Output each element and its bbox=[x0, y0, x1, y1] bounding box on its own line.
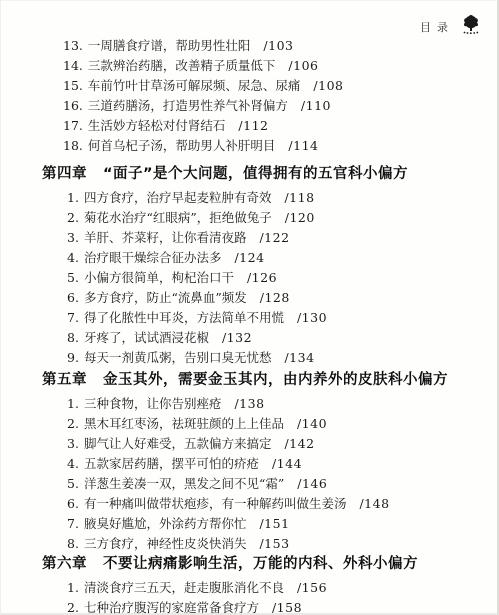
entry-title: 七种治疗腹泻的家庭常备食疗方 bbox=[84, 600, 259, 615]
toc-entry: 5.小偏方很简单，枸杞治口干/126 bbox=[0, 268, 499, 288]
entry-number: 2. bbox=[67, 210, 79, 225]
entry-title: 黑木耳红枣汤，祛斑驻颜的上上佳品 bbox=[84, 416, 284, 431]
chapter-heading: 第四章“面子”是个大问题，值得拥有的五官科小偏方 bbox=[0, 164, 499, 184]
toc-section: 13.一周膳食疗谱，帮助男性壮阳/10314.三款辨治药膳，改善精子质量低下/1… bbox=[0, 36, 499, 156]
entry-page-number: /134 bbox=[284, 350, 314, 365]
entry-page-number: /108 bbox=[313, 78, 343, 93]
toc-entry: 8.三方食疗，神经性皮炎快消失/153 bbox=[0, 534, 499, 554]
entry-number: 2. bbox=[67, 416, 79, 431]
toc-entry: 7.腋臭好尴尬，外涂药方帮你忙/151 bbox=[0, 514, 499, 534]
toc-entry: 6.多方食疗，防止“流鼻血”频发/128 bbox=[0, 288, 499, 308]
entry-title: 三道药膳汤，打造男性养气补肾偏方 bbox=[88, 98, 288, 113]
entry-title: 车前竹叶甘草汤可解尿频、尿急、尿痛 bbox=[88, 78, 301, 93]
entry-page-number: /106 bbox=[288, 58, 318, 73]
toc-list: 1.三种食物，让你告别痤疮/1382.黑木耳红枣汤，祛斑驻颜的上上佳品/1403… bbox=[0, 394, 499, 554]
toc-section: 第四章“面子”是个大问题，值得拥有的五官科小偏方1.四方食疗，治疗早起麦粒肿有奇… bbox=[0, 164, 499, 368]
table-of-contents: 13.一周膳食疗谱，帮助男性壮阳/10314.三款辨治药膳，改善精子质量低下/1… bbox=[0, 0, 499, 615]
entry-number: 14. bbox=[63, 58, 83, 73]
entry-page-number: /158 bbox=[272, 600, 302, 615]
toc-entry: 1.三种食物，让你告别痤疮/138 bbox=[0, 394, 499, 414]
entry-number: 3. bbox=[67, 230, 79, 245]
toc-entry: 1.清淡食疗三五天，赶走腹胀消化不良/156 bbox=[0, 578, 499, 598]
toc-entry: 14.三款辨治药膳，改善精子质量低下/106 bbox=[0, 56, 499, 76]
entry-number: 1. bbox=[67, 580, 79, 595]
book-page: 目录 13.一周膳食疗谱，帮助男性壮阳/ bbox=[0, 0, 499, 615]
toc-list: 13.一周膳食疗谱，帮助男性壮阳/10314.三款辨治药膳，改善精子质量低下/1… bbox=[0, 36, 499, 156]
entry-page-number: /126 bbox=[247, 270, 277, 285]
entry-page-number: /103 bbox=[263, 38, 293, 53]
entry-title: 何首乌杞子汤，帮助男人补肝明目 bbox=[88, 138, 276, 153]
toc-entry: 2.菊花水治疗“红眼病”，拒绝做兔子/120 bbox=[0, 208, 499, 228]
entry-number: 7. bbox=[67, 516, 79, 531]
entry-page-number: /118 bbox=[284, 190, 314, 205]
entry-title: 四方食疗，治疗早起麦粒肿有奇效 bbox=[84, 190, 272, 205]
entry-title: 牙疼了，试试酒浸花椒 bbox=[84, 330, 209, 345]
entry-number: 6. bbox=[67, 290, 79, 305]
entry-page-number: /156 bbox=[297, 580, 327, 595]
entry-page-number: /151 bbox=[259, 516, 289, 531]
chapter-title: “面子”是个大问题，值得拥有的五官科小偏方 bbox=[103, 166, 408, 182]
entry-number: 6. bbox=[67, 496, 79, 511]
entry-page-number: /120 bbox=[285, 210, 315, 225]
entry-number: 9. bbox=[67, 350, 79, 365]
entry-number: 7. bbox=[67, 310, 79, 325]
entry-page-number: /112 bbox=[238, 118, 268, 133]
entry-page-number: /146 bbox=[297, 476, 327, 491]
entry-number: 1. bbox=[67, 190, 79, 205]
toc-entry: 3.脚气让人好难受，五款偏方来搞定/142 bbox=[0, 434, 499, 454]
entry-title: 菊花水治疗“红眼病”，拒绝做兔子 bbox=[84, 210, 272, 225]
toc-entry: 2.黑木耳红枣汤，祛斑驻颜的上上佳品/140 bbox=[0, 414, 499, 434]
entry-title: 有一种痛叫做带状疱疹，有一种解药叫做生姜汤 bbox=[84, 496, 347, 511]
entry-title: 治疗眼干燥综合征办法多 bbox=[84, 250, 222, 265]
entry-page-number: /114 bbox=[288, 138, 318, 153]
toc-entry: 2.七种治疗腹泻的家庭常备食疗方/158 bbox=[0, 598, 499, 615]
entry-number: 17. bbox=[63, 118, 83, 133]
entry-page-number: /138 bbox=[234, 396, 264, 411]
toc-entry: 4.治疗眼干燥综合征办法多/124 bbox=[0, 248, 499, 268]
toc-section: 第五章金玉其外，需要金玉其内，由内养外的皮肤科小偏方1.三种食物，让你告别痤疮/… bbox=[0, 370, 499, 554]
entry-page-number: /140 bbox=[297, 416, 327, 431]
chapter-number: 第四章 bbox=[42, 166, 87, 182]
entry-number: 5. bbox=[67, 270, 79, 285]
chapter-number: 第六章 bbox=[42, 556, 87, 572]
toc-section: 第六章不要让病痛影响生活，万能的内科、外科小偏方1.清淡食疗三五天，赶走腹胀消化… bbox=[0, 554, 499, 615]
entry-number: 3. bbox=[67, 436, 79, 451]
entry-title: 三款辨治药膳，改善精子质量低下 bbox=[88, 58, 276, 73]
entry-title: 腋臭好尴尬，外涂药方帮你忙 bbox=[84, 516, 247, 531]
entry-title: 多方食疗，防止“流鼻血”频发 bbox=[84, 290, 247, 305]
entry-page-number: /128 bbox=[260, 290, 290, 305]
entry-title: 生活妙方轻松对付肾结石 bbox=[88, 118, 226, 133]
entry-title: 羊肝、芥菜籽，让你看清夜路 bbox=[84, 230, 247, 245]
entry-page-number: /148 bbox=[359, 496, 389, 511]
entry-number: 16. bbox=[63, 98, 83, 113]
toc-list: 1.四方食疗，治疗早起麦粒肿有奇效/1182.菊花水治疗“红眼病”，拒绝做兔子/… bbox=[0, 188, 499, 368]
entry-title: 三方食疗，神经性皮炎快消失 bbox=[84, 536, 247, 551]
entry-title: 得了化脓性中耳炎，方法简单不用慌 bbox=[84, 310, 284, 325]
toc-entry: 7.得了化脓性中耳炎，方法简单不用慌/130 bbox=[0, 308, 499, 328]
entry-page-number: /132 bbox=[222, 330, 252, 345]
chapter-heading: 第五章金玉其外，需要金玉其内，由内养外的皮肤科小偏方 bbox=[0, 370, 499, 390]
entry-number: 18. bbox=[63, 138, 83, 153]
toc-entry: 4.五款家居药膳，摆平可怕的疥疮/144 bbox=[0, 454, 499, 474]
toc-list: 1.清淡食疗三五天，赶走腹胀消化不良/1562.七种治疗腹泻的家庭常备食疗方/1… bbox=[0, 578, 499, 615]
entry-title: 一周膳食疗谱，帮助男性壮阳 bbox=[88, 38, 251, 53]
entry-title: 五款家居药膳，摆平可怕的疥疮 bbox=[84, 456, 259, 471]
entry-number: 2. bbox=[67, 600, 79, 615]
toc-entry: 6.有一种痛叫做带状疱疹，有一种解药叫做生姜汤/148 bbox=[0, 494, 499, 514]
entry-title: 清淡食疗三五天，赶走腹胀消化不良 bbox=[84, 580, 284, 595]
entry-title: 脚气让人好难受，五款偏方来搞定 bbox=[84, 436, 272, 451]
entry-number: 15. bbox=[63, 78, 83, 93]
entry-number: 4. bbox=[67, 250, 79, 265]
entry-title: 洋葱生姜凑一双，黑发之间不见“霜” bbox=[84, 476, 284, 491]
chapter-title: 金玉其外，需要金玉其内，由内养外的皮肤科小偏方 bbox=[103, 372, 448, 388]
entry-page-number: /153 bbox=[259, 536, 289, 551]
entry-number: 5. bbox=[67, 476, 79, 491]
entry-title: 每天一剂黄瓜粥，告别口臭无忧愁 bbox=[84, 350, 272, 365]
toc-entry: 17.生活妙方轻松对付肾结石/112 bbox=[0, 116, 499, 136]
chapter-number: 第五章 bbox=[42, 372, 87, 388]
toc-entry: 15.车前竹叶甘草汤可解尿频、尿急、尿痛/108 bbox=[0, 76, 499, 96]
toc-entry: 18.何首乌杞子汤，帮助男人补肝明目/114 bbox=[0, 136, 499, 156]
chapter-title: 不要让病痛影响生活，万能的内科、外科小偏方 bbox=[103, 556, 418, 572]
entry-number: 8. bbox=[67, 330, 79, 345]
entry-number: 1. bbox=[67, 396, 79, 411]
entry-title: 小偏方很简单，枸杞治口干 bbox=[84, 270, 234, 285]
chapter-heading: 第六章不要让病痛影响生活，万能的内科、外科小偏方 bbox=[0, 554, 499, 574]
entry-title: 三种食物，让你告别痤疮 bbox=[84, 396, 222, 411]
entry-page-number: /110 bbox=[301, 98, 331, 113]
entry-number: 13. bbox=[63, 38, 83, 53]
entry-page-number: /144 bbox=[272, 456, 302, 471]
entry-page-number: /122 bbox=[259, 230, 289, 245]
toc-entry: 5.洋葱生姜凑一双，黑发之间不见“霜”/146 bbox=[0, 474, 499, 494]
entry-number: 4. bbox=[67, 456, 79, 471]
entry-page-number: /124 bbox=[234, 250, 264, 265]
entry-page-number: /142 bbox=[284, 436, 314, 451]
toc-entry: 8.牙疼了，试试酒浸花椒/132 bbox=[0, 328, 499, 348]
toc-entry: 1.四方食疗，治疗早起麦粒肿有奇效/118 bbox=[0, 188, 499, 208]
toc-entry: 13.一周膳食疗谱，帮助男性壮阳/103 bbox=[0, 36, 499, 56]
entry-number: 8. bbox=[67, 536, 79, 551]
toc-entry: 16.三道药膳汤，打造男性养气补肾偏方/110 bbox=[0, 96, 499, 116]
toc-entry: 9.每天一剂黄瓜粥，告别口臭无忧愁/134 bbox=[0, 348, 499, 368]
entry-page-number: /130 bbox=[297, 310, 327, 325]
toc-entry: 3.羊肝、芥菜籽，让你看清夜路/122 bbox=[0, 228, 499, 248]
